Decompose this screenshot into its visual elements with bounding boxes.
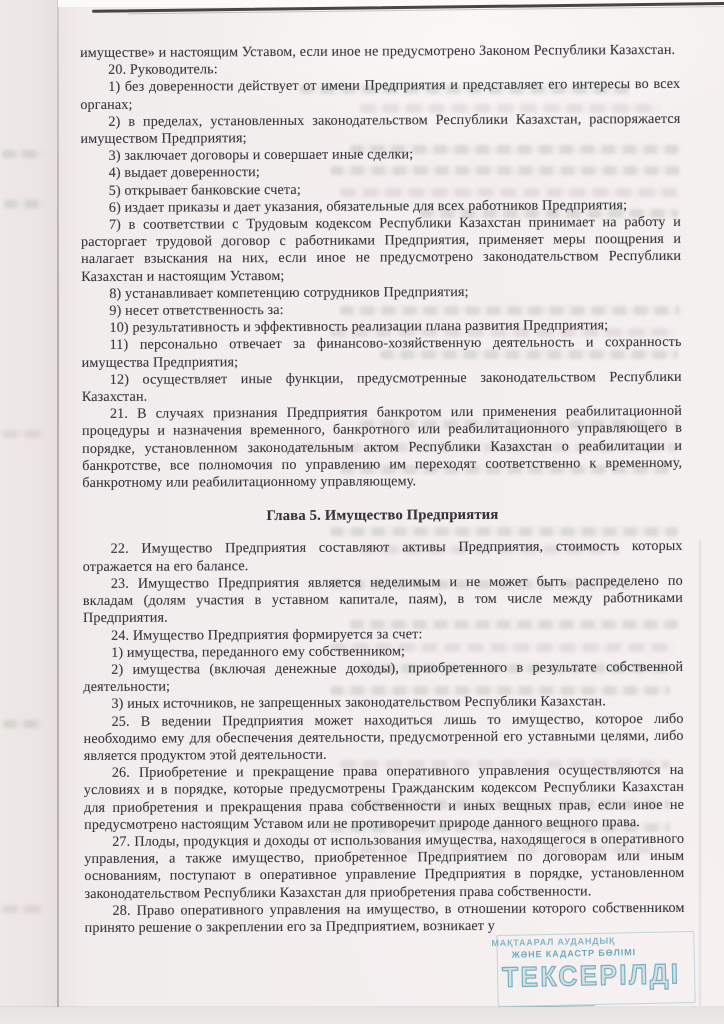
showthrough-artifact bbox=[3, 720, 43, 728]
page-edge-line bbox=[57, 0, 59, 1024]
page-content: имуществе» и настоящим Уставом, если ино… bbox=[80, 42, 685, 937]
paragraph: имуществе» и настоящим Уставом, если ино… bbox=[80, 42, 680, 62]
showthrough-artifact bbox=[2, 150, 44, 158]
paragraph: 27. Плоды, продукция и доходы от использ… bbox=[84, 831, 684, 903]
paragraph: 23. Имущество Предприятия является недел… bbox=[83, 573, 683, 628]
paragraph: 2) в пределах, установленных законодател… bbox=[80, 111, 680, 149]
bottom-scan-edge bbox=[0, 1007, 724, 1024]
paragraph: 28. Право оперативного управления на иму… bbox=[84, 900, 684, 938]
paragraph: 21. В случаях признания Предприятия банк… bbox=[82, 403, 682, 492]
paragraph: 7) в соответствии с Трудовым кодексом Ре… bbox=[81, 214, 681, 286]
paragraph: 11) персонально отвечает за финансово-хо… bbox=[82, 334, 682, 372]
crease-line bbox=[699, 540, 701, 1006]
paragraph: 2) имущества (включая денежные доходы), … bbox=[83, 659, 683, 697]
paragraph: 1) без доверенности действует от имени П… bbox=[80, 76, 680, 114]
paragraph: 12) осуществляет иные функции, предусмот… bbox=[82, 369, 682, 407]
paragraph: 26. Приобретение и прекращение права опе… bbox=[84, 762, 684, 834]
paragraph: 25. В ведении Предприятия может находить… bbox=[84, 710, 684, 765]
scanned-document-page: имуществе» и настоящим Уставом, если ино… bbox=[0, 0, 724, 1024]
showthrough-artifact bbox=[2, 430, 46, 438]
stamp-verified-word: ТЕКСЕРІЛДІ bbox=[502, 957, 695, 994]
paragraph: 22. Имущество Предприятия составляют акт… bbox=[83, 538, 683, 576]
showthrough-artifact bbox=[2, 905, 44, 913]
showthrough-artifact bbox=[4, 200, 44, 208]
chapter-heading: Глава 5. Имущество Предприятия bbox=[82, 506, 682, 526]
verification-stamp: МАҚТААРАЛ АУДАНДЫҚ ЖӘНЕ КАДАСТР БӨЛІМІ Т… bbox=[496, 931, 695, 1007]
